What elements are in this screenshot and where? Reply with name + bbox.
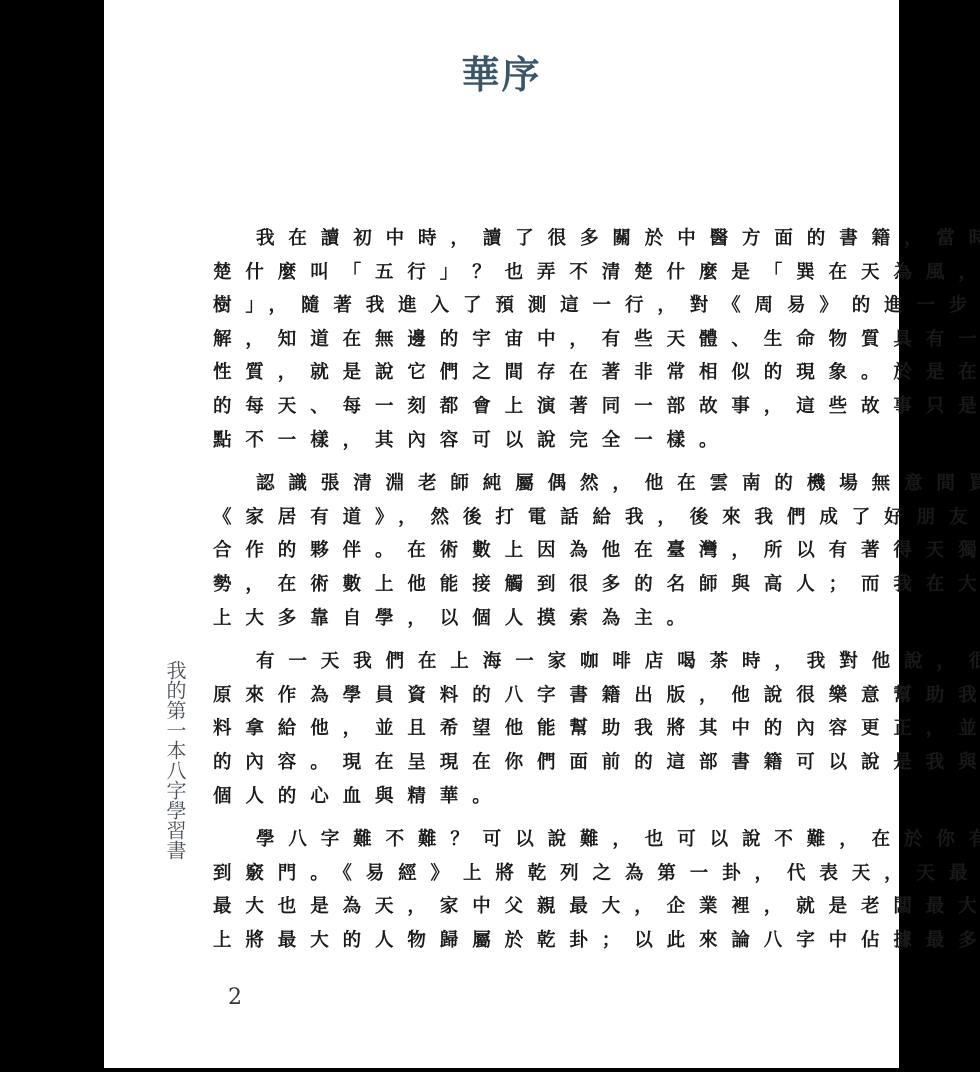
paragraph-4: 學八字難不難？可以說難，也可以說不難，在於你有沒有得 到竅門。《易經》上將乾列之… [213, 823, 797, 957]
text-line: 性質，就是說它們之間存在著非常相似的現象。於是在我們生活 [213, 356, 797, 390]
text-line: 最大也是為天，家中父親最大，企業裡，就是老闆最大，預測學 [213, 890, 797, 924]
paragraph-3: 有一天我們在上海一家咖啡店喝茶時，我對他說，很想將我 原來作為學員資料的八字書籍… [213, 645, 797, 813]
text-line: 原來作為學員資料的八字書籍出版，他說很樂意幫助我，我將資 [213, 679, 797, 713]
text-line: 認識張清淵老師純屬偶然，他在雲南的機場無意間買了我的 [213, 467, 797, 501]
paragraph-2: 認識張清淵老師純屬偶然，他在雲南的機場無意間買了我的 《家居有道》，然後打電話給… [213, 467, 797, 635]
text-line: 個人的心血與精華。 [213, 780, 797, 814]
paragraph-1: 我在讀初中時，讀了很多關於中醫方面的書籍，當時搞不清 楚什麼叫「五行」？也弄不清… [213, 222, 797, 457]
body-text: 我在讀初中時，讀了很多關於中醫方面的書籍，當時搞不清 楚什麼叫「五行」？也弄不清… [213, 222, 797, 967]
text-line: 上將最大的人物歸屬於乾卦；以此來論八字中佔據最多的干支就 [213, 924, 797, 958]
page-title: 華序 [104, 50, 899, 100]
page-number: 2 [228, 985, 242, 1010]
text-line: 到竅門。《易經》上將乾列之為第一卦，代表天，天最大，皇帝 [213, 857, 797, 891]
text-line: 有一天我們在上海一家咖啡店喝茶時，我對他說，很想將我 [213, 645, 797, 679]
text-line: 上大多靠自學，以個人摸索為主。 [213, 602, 797, 636]
text-line: 的內容。現在呈現在你們面前的這部書籍可以說是我與張老師兩 [213, 746, 797, 780]
text-line: 楚什麼叫「五行」？也弄不清楚什麼是「巽在天為風，在地為 [213, 256, 797, 290]
text-line: 勢，在術數上他能接觸到很多的名師與高人；而我在大陸，術數 [213, 568, 797, 602]
book-page: 華序 我在讀初中時，讀了很多關於中醫方面的書籍，當時搞不清 楚什麼叫「五行」？也… [104, 0, 899, 1068]
text-line: 我在讀初中時，讀了很多關於中醫方面的書籍，當時搞不清 [213, 222, 797, 256]
text-line: 《家居有道》，然後打電話給我，後來我們成了好朋友，事業上 [213, 501, 797, 535]
text-line: 學八字難不難？可以說難，也可以說不難，在於你有沒有得 [213, 823, 797, 857]
text-line: 點不一樣，其內容可以說完全一樣。 [213, 424, 797, 458]
text-line: 的每天、每一刻都會上演著同一部故事，這些故事只是時間、地 [213, 390, 797, 424]
book-side-title: 我的第一本八字學習書 [162, 660, 186, 860]
text-line: 料拿給他，並且希望他能幫助我將其中的內容更正，並且增加新 [213, 712, 797, 746]
text-line: 解，知道在無邊的宇宙中，有些天體、生命物質具有一些共同的 [213, 323, 797, 357]
text-line: 合作的夥伴。在術數上因為他在臺灣，所以有著得天獨厚的優 [213, 534, 797, 568]
text-line: 樹」，隨著我進入了預測這一行，對《周易》的進一步探討與瞭 [213, 289, 797, 323]
